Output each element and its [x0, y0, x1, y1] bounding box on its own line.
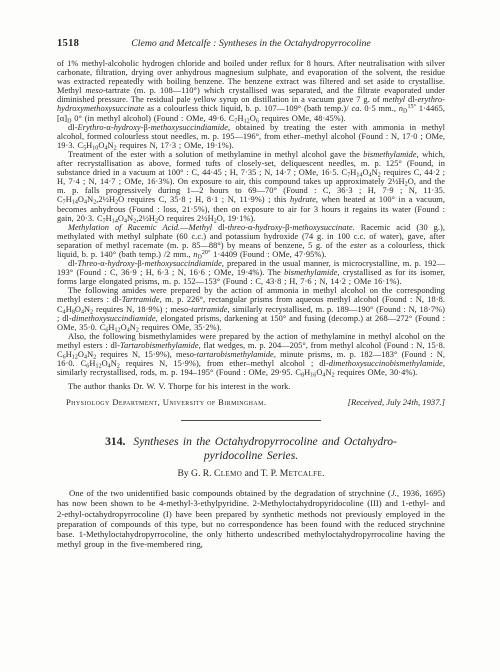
paragraph-bismethylamide: Treatment of the ester with a solution o… [57, 150, 445, 223]
journal-page: 1518 Clemo and Metcalfe : Syntheses in t… [0, 0, 500, 672]
paragraph-acknowledgement: The author thanks Dr. W. V. Thorpe for h… [57, 382, 445, 391]
running-title: Clemo and Metcalfe : Syntheses in the Oc… [57, 38, 445, 49]
section-divider [181, 420, 321, 421]
article-abstract: One of the two unidentified basic compou… [57, 488, 445, 549]
article-314: 314.Syntheses in the Octahydropyrrocolin… [57, 435, 445, 549]
paragraph-erythro-diamide: dl-Erythro-α-hydroxy-β-methoxysuccindiam… [57, 123, 445, 150]
paragraph-threo-diamide: dl-Threo-α-hydroxy-β-methoxysuccindiamid… [57, 259, 445, 286]
paragraph-continuation: of 1% methyl-alcoholic hydrogen chloride… [57, 59, 445, 123]
page-number: 1518 [57, 38, 79, 49]
page-content: 1518 Clemo and Metcalfe : Syntheses in t… [57, 38, 445, 558]
signature-row: Physiology Department, University of Bir… [57, 397, 445, 407]
running-header: 1518 Clemo and Metcalfe : Syntheses in t… [57, 38, 445, 52]
received-date: [Received, July 24th, 1937.] [348, 397, 445, 407]
paragraph-amides: The following amides were prepared by th… [57, 286, 445, 331]
institution-signature: Physiology Department, University of Bir… [57, 397, 266, 407]
paragraph-bismethylamides: Also, the following bismethylamides were… [57, 332, 445, 377]
article-byline: By G. R. Clemo and T. P. Metcalfe. [57, 468, 445, 479]
article-previous-end: of 1% methyl-alcoholic hydrogen chloride… [57, 59, 445, 407]
paragraph-methylation-racemic-acid: Methylation of Racemic Acid.—Methyl dl-t… [57, 223, 445, 259]
article-title: 314.Syntheses in the Octahydropyrrocolin… [57, 435, 445, 462]
